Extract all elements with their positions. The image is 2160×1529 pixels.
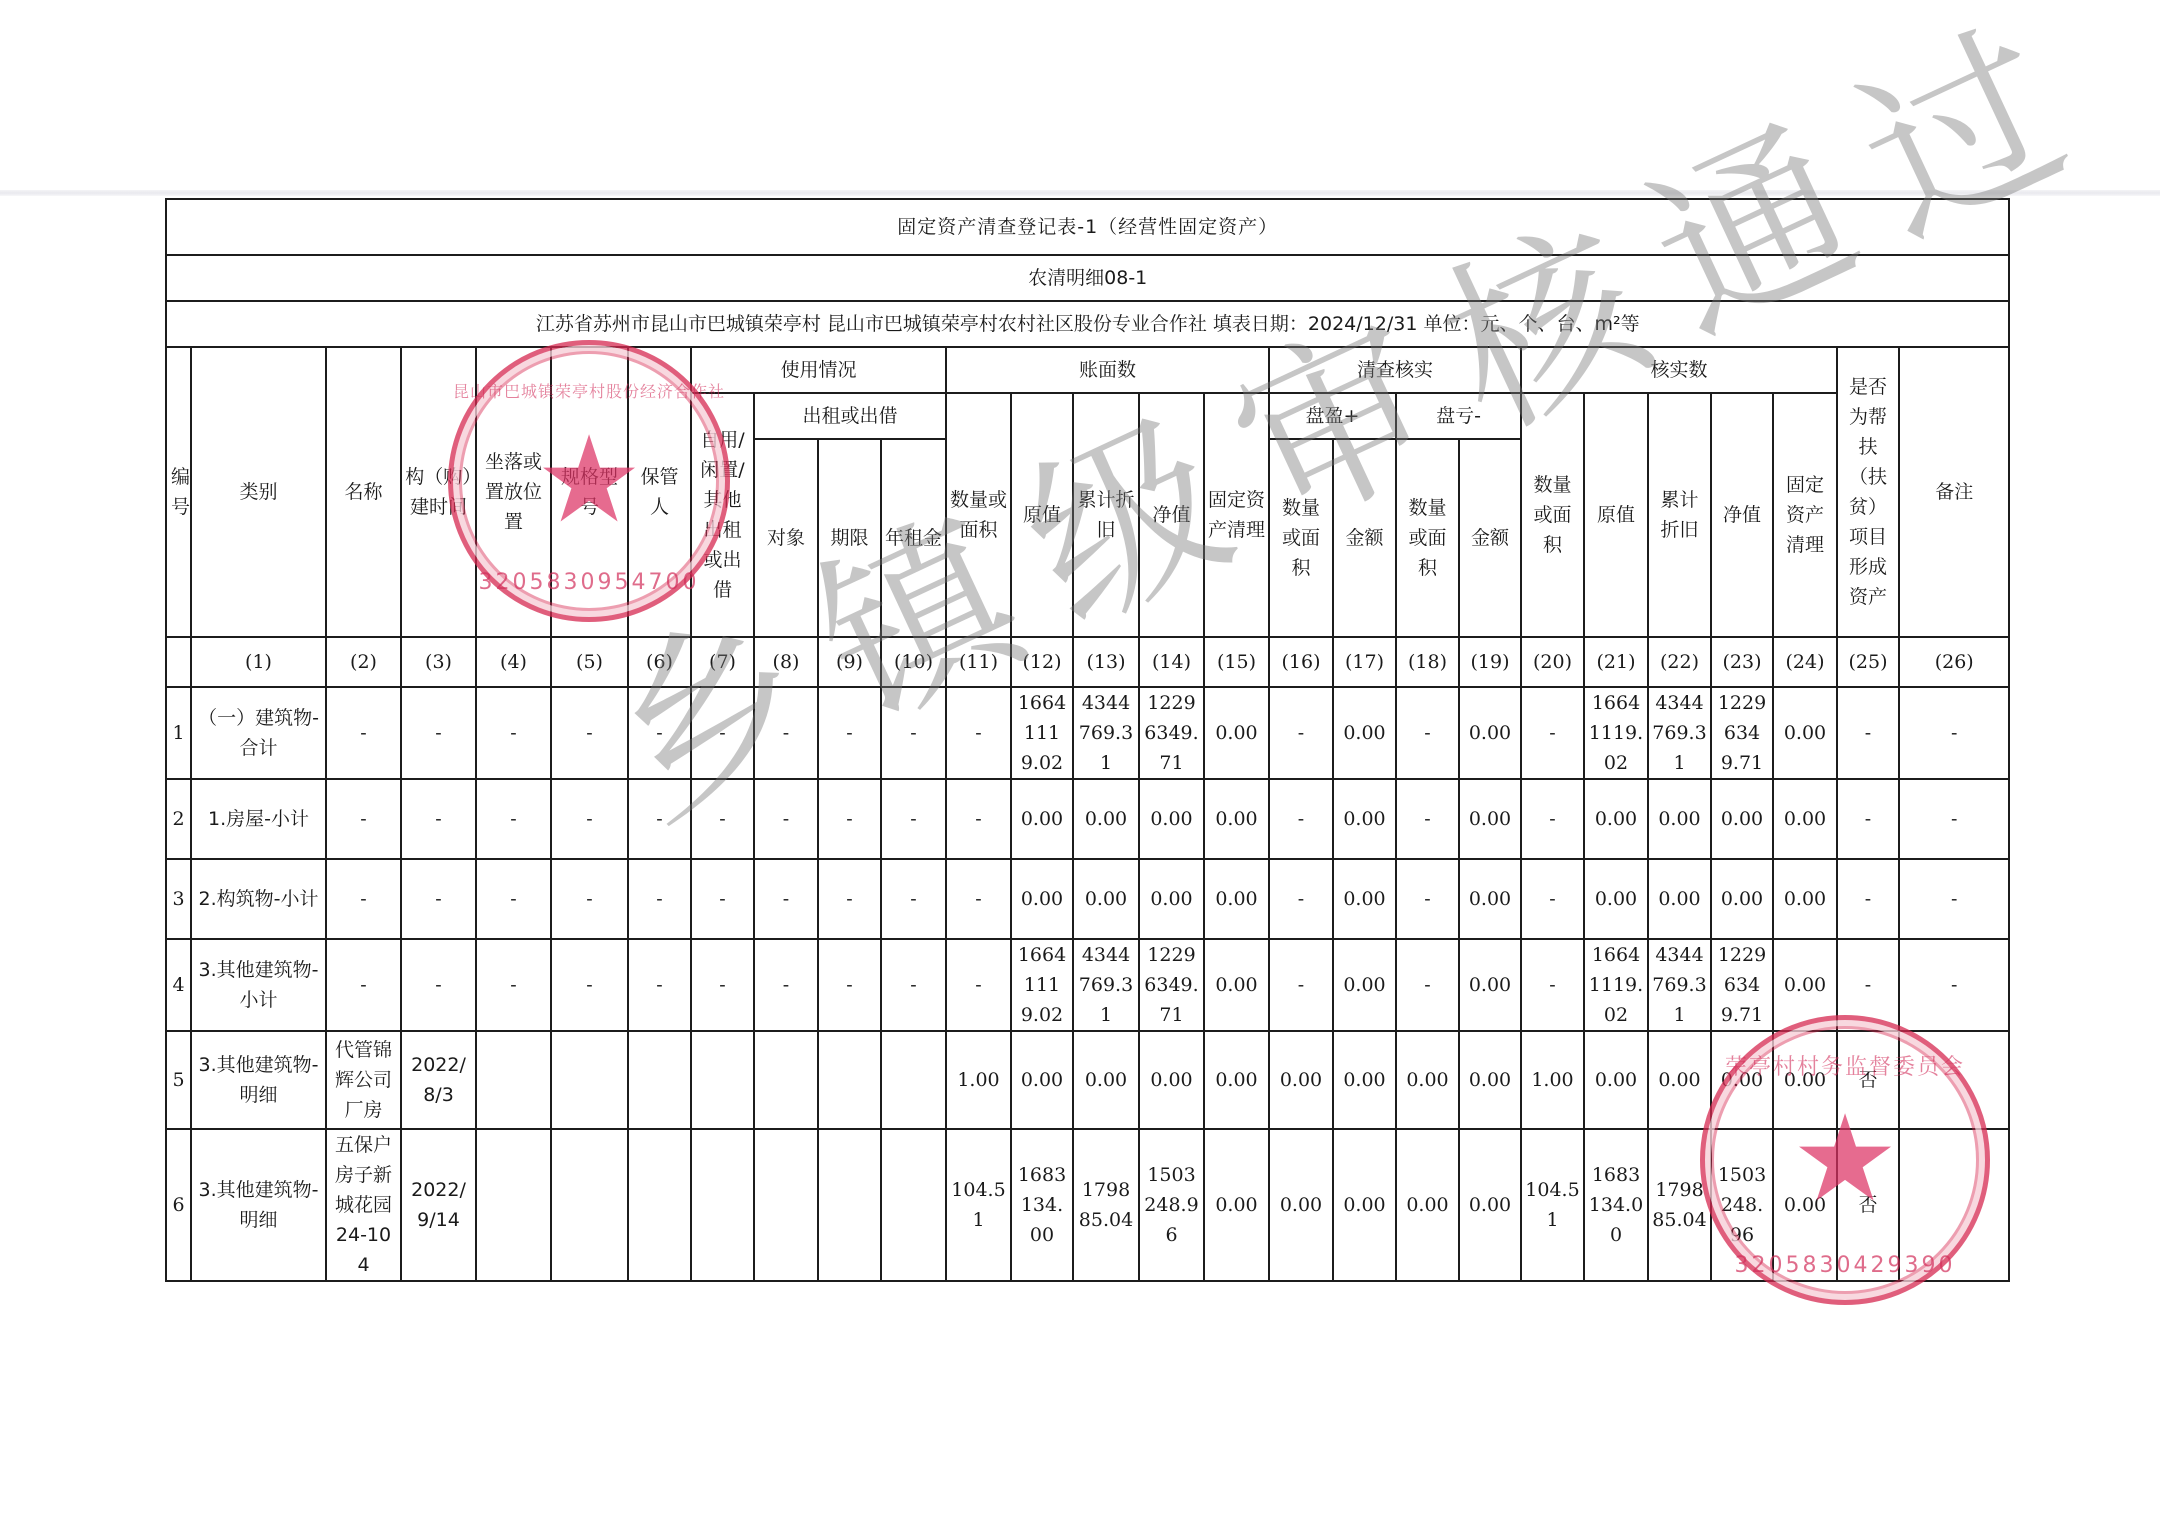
column-index: (15) [1204, 637, 1269, 687]
table-cell: 16641119.02 [1584, 687, 1648, 779]
table-cell: - [551, 687, 628, 779]
header-surplus-qty: 数量或面积 [1269, 439, 1333, 637]
table-cell: 0.00 [1139, 1031, 1204, 1129]
header-name: 名称 [326, 347, 401, 637]
table-cell: - [881, 779, 946, 859]
header-location: 坐落或置放位置 [476, 347, 551, 637]
table-cell [691, 1129, 754, 1281]
table-cell: 0.00 [1459, 779, 1521, 859]
table-cell: 0.00 [1269, 1129, 1333, 1281]
table-cell: 否 [1837, 1031, 1899, 1129]
table-cell: 0.00 [1584, 859, 1648, 939]
table-cell [881, 1129, 946, 1281]
table-cell: 0.00 [1584, 779, 1648, 859]
table-cell [628, 1031, 691, 1129]
column-index: (26) [1899, 637, 2009, 687]
table-cell: - [1269, 779, 1333, 859]
header-book-group: 账面数 [946, 347, 1269, 393]
table-cell: - [1899, 939, 2009, 1031]
table-row: 43.其他建筑物-小计----------16641119.024344769.… [166, 939, 2009, 1031]
table-cell: - [476, 687, 551, 779]
table-cell: - [551, 859, 628, 939]
table-cell: 0.00 [1773, 1031, 1837, 1129]
table-cell: 2022/8/3 [401, 1031, 476, 1129]
table-cell: 0.00 [1073, 859, 1139, 939]
table-row: 32.构筑物-小计----------0.000.000.000.00-0.00… [166, 859, 2009, 939]
column-index: (14) [1139, 637, 1204, 687]
table-cell: - [1269, 859, 1333, 939]
table-cell: 16641119.02 [1011, 687, 1073, 779]
column-index: (24) [1773, 637, 1837, 687]
table-cell: 0.00 [1711, 859, 1773, 939]
table-cell: 4344769.31 [1648, 939, 1711, 1031]
table-row: 63.其他建筑物-明细五保户房子新城花园24-1042022/9/14104.5… [166, 1129, 2009, 1281]
header-lessee: 对象 [754, 439, 818, 637]
header-annual-rent: 年租金 [881, 439, 946, 637]
table-cell [881, 1031, 946, 1129]
table-cell: - [1837, 779, 1899, 859]
table-cell: 1683134.00 [1584, 1129, 1648, 1281]
column-index: (22) [1648, 637, 1711, 687]
table-cell: 0.00 [1333, 859, 1396, 939]
table-cell: - [754, 939, 818, 1031]
column-index: (5) [551, 637, 628, 687]
header-loss-amount: 金额 [1459, 439, 1521, 637]
table-cell: 0.00 [1333, 687, 1396, 779]
table-cell: 16641119.02 [1584, 939, 1648, 1031]
table-cell: - [1521, 779, 1584, 859]
column-index: (3) [401, 637, 476, 687]
header-build-time: 构（购）建时间 [401, 347, 476, 637]
header-verified-qty: 数量或面积 [1521, 393, 1584, 637]
table-cell: - [551, 939, 628, 1031]
table-cell: 0.00 [1204, 779, 1269, 859]
table-row: 1（一）建筑物-合计----------16641119.024344769.3… [166, 687, 2009, 779]
table-cell: - [1396, 859, 1459, 939]
table-cell [818, 1031, 881, 1129]
table-cell: 代管锦辉公司厂房 [326, 1031, 401, 1129]
table-cell [476, 1031, 551, 1129]
table-cell: - [401, 687, 476, 779]
table-cell: - [326, 687, 401, 779]
header-book-qty: 数量或面积 [946, 393, 1011, 637]
table-cell: 0.00 [1648, 859, 1711, 939]
header-book-net: 净值 [1139, 393, 1204, 637]
table-cell: 1503248.96 [1139, 1129, 1204, 1281]
form-code: 农清明细08-1 [166, 255, 2009, 301]
table-cell: 0.00 [1011, 859, 1073, 939]
table-cell: 0.00 [1139, 859, 1204, 939]
table-cell: - [1899, 687, 2009, 779]
column-index: (21) [1584, 637, 1648, 687]
table-cell: - [628, 939, 691, 1031]
table-cell [691, 1031, 754, 1129]
table-cell [1899, 1031, 2009, 1129]
table-cell: 12296349.71 [1711, 687, 1773, 779]
table-cell: 0.00 [1139, 779, 1204, 859]
row-number: 4 [166, 939, 191, 1031]
table-cell: （一）建筑物-合计 [191, 687, 326, 779]
table-cell: 0.00 [1333, 779, 1396, 859]
column-index: (20) [1521, 637, 1584, 687]
column-index: (25) [1837, 637, 1899, 687]
column-index: (19) [1459, 637, 1521, 687]
header-remarks: 备注 [1899, 347, 2009, 637]
header-loss-qty: 数量或面积 [1396, 439, 1459, 637]
table-cell: - [691, 939, 754, 1031]
table-cell: 0.00 [1011, 1031, 1073, 1129]
header-usage-group: 使用情况 [691, 347, 946, 393]
table-cell: - [946, 779, 1011, 859]
table-cell: - [628, 859, 691, 939]
table-cell: - [1837, 859, 1899, 939]
table-cell: 0.00 [1333, 1129, 1396, 1281]
column-index: (17) [1333, 637, 1396, 687]
table-cell: - [754, 779, 818, 859]
table-cell: 0.00 [1773, 779, 1837, 859]
table-cell: 0.00 [1459, 687, 1521, 779]
table-cell: 0.00 [1204, 687, 1269, 779]
table-cell: - [476, 779, 551, 859]
table-cell: 3.其他建筑物-明细 [191, 1129, 326, 1281]
table-cell: 12296349.71 [1711, 939, 1773, 1031]
table-cell: 五保户房子新城花园24-104 [326, 1129, 401, 1281]
column-index: (11) [946, 637, 1011, 687]
table-cell: 0.00 [1773, 1129, 1837, 1281]
column-index: (9) [818, 637, 881, 687]
table-cell: 179885.04 [1073, 1129, 1139, 1281]
table-cell: - [1396, 939, 1459, 1031]
table-cell: 0.00 [1333, 939, 1396, 1031]
table-cell: - [946, 687, 1011, 779]
table-cell: - [691, 779, 754, 859]
table-cell: 3.其他建筑物-小计 [191, 939, 326, 1031]
header-check-group: 清查核实 [1269, 347, 1521, 393]
table-cell: 0.00 [1204, 939, 1269, 1031]
table-cell: 0.00 [1584, 1031, 1648, 1129]
table-cell [1899, 1129, 2009, 1281]
table-cell: 3.其他建筑物-明细 [191, 1031, 326, 1129]
asset-register-table: 固定资产清查登记表-1（经营性固定资产） 农清明细08-1 江苏省苏州市昆山市巴… [165, 198, 2010, 1282]
table-cell: 104.51 [1521, 1129, 1584, 1281]
table-cell: 104.51 [946, 1129, 1011, 1281]
header-book-depr: 累计折旧 [1073, 393, 1139, 637]
table-cell: 0.00 [1269, 1031, 1333, 1129]
header-verified-disposal: 固定资产清理 [1773, 393, 1837, 637]
table-cell [551, 1129, 628, 1281]
header-self-use: 自用/闲置/其他出租或出借 [691, 393, 754, 637]
table-cell: - [946, 939, 1011, 1031]
row-number: 3 [166, 859, 191, 939]
table-cell: 0.00 [1073, 1031, 1139, 1129]
column-index: (2) [326, 637, 401, 687]
table-cell: - [1396, 687, 1459, 779]
table-cell: 0.00 [1773, 939, 1837, 1031]
header-verified-group: 核实数 [1521, 347, 1837, 393]
table-row: 21.房屋-小计----------0.000.000.000.00-0.00-… [166, 779, 2009, 859]
table-cell: - [754, 687, 818, 779]
table-cell: 0.00 [1459, 939, 1521, 1031]
table-cell: 0.00 [1396, 1129, 1459, 1281]
asset-register-sheet: 固定资产清查登记表-1（经营性固定资产） 农清明细08-1 江苏省苏州市昆山市巴… [165, 198, 2008, 1282]
header-keeper: 保管人 [628, 347, 691, 637]
header-verified-depr: 累计折旧 [1648, 393, 1711, 637]
table-cell: - [476, 939, 551, 1031]
table-cell: - [1521, 939, 1584, 1031]
table-row: 53.其他建筑物-明细代管锦辉公司厂房2022/8/31.000.000.000… [166, 1031, 2009, 1129]
table-cell [628, 1129, 691, 1281]
column-index: (23) [1711, 637, 1773, 687]
column-index: (12) [1011, 637, 1073, 687]
header-poverty: 是否为帮扶（扶贫）项目形成资产 [1837, 347, 1899, 637]
header-loss-group: 盘亏- [1396, 393, 1521, 439]
table-cell: 0.00 [1011, 779, 1073, 859]
column-index-row: (1)(2)(3)(4)(5)(6)(7)(8)(9)(10)(11)(12)(… [166, 637, 2009, 687]
table-cell: 0.00 [1459, 1031, 1521, 1129]
header-spec: 规格型号 [551, 347, 628, 637]
table-cell: 12296349.71 [1139, 687, 1204, 779]
column-index: (1) [191, 637, 326, 687]
table-cell: 2022/9/14 [401, 1129, 476, 1281]
table-cell: 0.00 [1204, 859, 1269, 939]
table-cell: 1.00 [1521, 1031, 1584, 1129]
table-cell: - [1837, 687, 1899, 779]
table-cell: 否 [1837, 1129, 1899, 1281]
column-index: (18) [1396, 637, 1459, 687]
table-cell: - [401, 779, 476, 859]
table-cell: 4344769.31 [1073, 687, 1139, 779]
table-cell: 1683134.00 [1011, 1129, 1073, 1281]
column-index: (7) [691, 637, 754, 687]
table-cell: - [1521, 687, 1584, 779]
table-cell: 179885.04 [1648, 1129, 1711, 1281]
table-cell: 0.00 [1648, 1031, 1711, 1129]
table-cell: 0.00 [1459, 1129, 1521, 1281]
table-cell: 0.00 [1773, 859, 1837, 939]
table-cell: - [1899, 859, 2009, 939]
table-cell: - [754, 859, 818, 939]
header-verified-original: 原值 [1584, 393, 1648, 637]
table-cell: - [476, 859, 551, 939]
table-cell: - [628, 779, 691, 859]
header-category: 类别 [191, 347, 326, 637]
table-cell: - [818, 687, 881, 779]
table-cell: - [881, 687, 946, 779]
table-cell: - [551, 779, 628, 859]
table-cell: - [401, 939, 476, 1031]
table-cell: 0.00 [1773, 687, 1837, 779]
column-index-blank [166, 637, 191, 687]
table-cell: - [326, 939, 401, 1031]
table-cell: 0.00 [1333, 1031, 1396, 1129]
table-cell: - [326, 779, 401, 859]
table-cell: 0.00 [1711, 1031, 1773, 1129]
row-number: 2 [166, 779, 191, 859]
table-cell [476, 1129, 551, 1281]
row-number: 5 [166, 1031, 191, 1129]
table-cell: - [1269, 687, 1333, 779]
header-surplus-group: 盘盈+ [1269, 393, 1396, 439]
column-index: (6) [628, 637, 691, 687]
header-no: 编号 [166, 347, 191, 637]
table-cell: - [691, 687, 754, 779]
table-body: 1（一）建筑物-合计----------16641119.024344769.3… [166, 687, 2009, 1281]
column-index: (16) [1269, 637, 1333, 687]
header-term: 期限 [818, 439, 881, 637]
table-cell: - [691, 859, 754, 939]
table-cell: 12296349.71 [1139, 939, 1204, 1031]
column-index: (8) [754, 637, 818, 687]
table-cell: - [818, 939, 881, 1031]
column-index: (10) [881, 637, 946, 687]
scan-artifact [0, 190, 2160, 196]
table-cell: 0.00 [1711, 779, 1773, 859]
table-cell: 0.00 [1073, 779, 1139, 859]
table-cell: - [818, 859, 881, 939]
table-cell: - [1396, 779, 1459, 859]
table-cell: - [1269, 939, 1333, 1031]
table-cell: 1.00 [946, 1031, 1011, 1129]
table-cell: 0.00 [1204, 1031, 1269, 1129]
column-index: (13) [1073, 637, 1139, 687]
column-index: (4) [476, 637, 551, 687]
table-cell: 0.00 [1648, 779, 1711, 859]
header-book-disposal: 固定资产清理 [1204, 393, 1269, 637]
table-cell: - [881, 859, 946, 939]
table-cell: - [401, 859, 476, 939]
table-cell [551, 1031, 628, 1129]
table-cell: 1.房屋-小计 [191, 779, 326, 859]
table-cell: - [946, 859, 1011, 939]
table-cell: 4344769.31 [1648, 687, 1711, 779]
row-number: 1 [166, 687, 191, 779]
table-cell: 0.00 [1204, 1129, 1269, 1281]
table-cell: - [818, 779, 881, 859]
page-title: 固定资产清查登记表-1（经营性固定资产） [166, 199, 2009, 255]
table-cell: 0.00 [1459, 859, 1521, 939]
header-book-original: 原值 [1011, 393, 1073, 637]
row-number: 6 [166, 1129, 191, 1281]
table-cell: 0.00 [1396, 1031, 1459, 1129]
table-cell [754, 1129, 818, 1281]
table-cell [818, 1129, 881, 1281]
table-cell: - [628, 687, 691, 779]
table-cell: - [1521, 859, 1584, 939]
table-cell: - [326, 859, 401, 939]
header-verified-net: 净值 [1711, 393, 1773, 637]
table-cell: 4344769.31 [1073, 939, 1139, 1031]
table-cell: - [1899, 779, 2009, 859]
table-cell: - [881, 939, 946, 1031]
table-cell [754, 1031, 818, 1129]
table-cell: 2.构筑物-小计 [191, 859, 326, 939]
table-cell: - [1837, 939, 1899, 1031]
table-cell: 16641119.02 [1011, 939, 1073, 1031]
form-info-line: 江苏省苏州市昆山市巴城镇荣亭村 昆山市巴城镇荣亭村农村社区股份专业合作社 填表日… [166, 301, 2009, 347]
header-surplus-amount: 金额 [1333, 439, 1396, 637]
table-cell: 1503248.96 [1711, 1129, 1773, 1281]
header-lease-group: 出租或出借 [754, 393, 946, 439]
